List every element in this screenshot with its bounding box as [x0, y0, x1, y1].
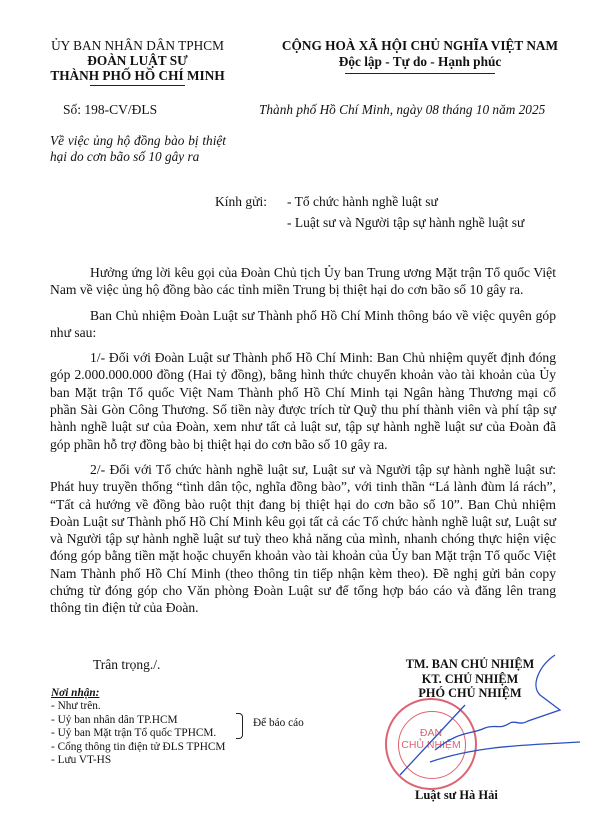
stamp-text-1: ĐAN [387, 727, 475, 739]
national-title: CỘNG HOÀ XÃ HỘI CHỦ NGHĨA VIỆT NAM [255, 38, 585, 54]
issuer-header: ỦY BAN NHÂN DÂN TPHCM ĐOÀN LUẬT SƯ THÀNH… [30, 38, 245, 86]
date-line: Thành phố Hồ Chí Minh, ngày 08 tháng 10 … [259, 102, 545, 118]
national-motto: Độc lập - Tự do - Hạnh phúc [255, 54, 585, 70]
cc-title: Nơi nhận: [51, 687, 225, 700]
motto-underline [345, 73, 495, 74]
body-paragraph: 1/- Đối với Đoàn Luật sư Thành phố Hồ Ch… [50, 349, 556, 453]
issuer-line-3: THÀNH PHỐ HỒ CHÍ MINH [30, 68, 245, 83]
body-paragraph: Ban Chủ nhiệm Đoàn Luật sư Thành phố Hồ … [50, 307, 556, 342]
recipients: Kính gửi:- Tổ chức hành nghề luật sư - L… [215, 191, 524, 233]
brace-note: Để báo cáo [253, 717, 304, 729]
document-subject: Về việc ủng hộ đồng bào bị thiệt hại do … [50, 133, 226, 165]
signer-name: Luật sư Hà Hải [415, 788, 498, 803]
official-stamp-icon: ĐAN CHỦ NHIỆM [385, 698, 477, 790]
national-header: CỘNG HOÀ XÃ HỘI CHỦ NGHĨA VIỆT NAM Độc l… [255, 38, 585, 74]
issuer-line-1: ỦY BAN NHÂN DÂN TPHCM [30, 38, 245, 53]
recipient-item: - Luật sư và Người tập sự hành nghề luật… [215, 212, 524, 233]
brace-icon [236, 713, 243, 739]
recipients-label: Kính gửi: [215, 191, 287, 212]
body-paragraph: 2/- Đối với Tổ chức hành nghề luật sư, L… [50, 461, 556, 617]
cc-item: - Cổng thông tin điện tử ĐLS TPHCM [51, 741, 225, 754]
closing: Trân trọng./. [93, 657, 160, 673]
document-number: Số: 198-CV/ĐLS [63, 102, 157, 118]
cc-item: - Lưu VT-HS [51, 754, 225, 767]
cc-item: - Uỷ ban nhân dân TP.HCM [51, 714, 225, 727]
cc-list: Nơi nhận: - Như trên. - Uỷ ban nhân dân … [51, 687, 225, 767]
recipient-item: - Tổ chức hành nghề luật sư [287, 194, 438, 209]
signature-title-1: TM. BAN CHỦ NHIỆM [360, 657, 580, 672]
signature-title-3: PHÓ CHỦ NHIỆM [360, 686, 580, 701]
stamp-text-2: CHỦ NHIỆM [387, 739, 475, 751]
signature-title-2: KT. CHỦ NHIỆM [360, 672, 580, 687]
signature-block: TM. BAN CHỦ NHIỆM KT. CHỦ NHIỆM PHÓ CHỦ … [360, 657, 580, 701]
body-paragraph: Hưởng ứng lời kêu gọi của Đoàn Chủ tịch … [50, 264, 556, 299]
issuer-line-2: ĐOÀN LUẬT SƯ [30, 53, 245, 68]
issuer-underline [90, 85, 185, 86]
letter-body: Hưởng ứng lời kêu gọi của Đoàn Chủ tịch … [50, 264, 556, 625]
cc-item: - Như trên. [51, 700, 225, 713]
cc-item: - Uỷ ban Mặt trận Tổ quốc TPHCM. [51, 727, 225, 740]
